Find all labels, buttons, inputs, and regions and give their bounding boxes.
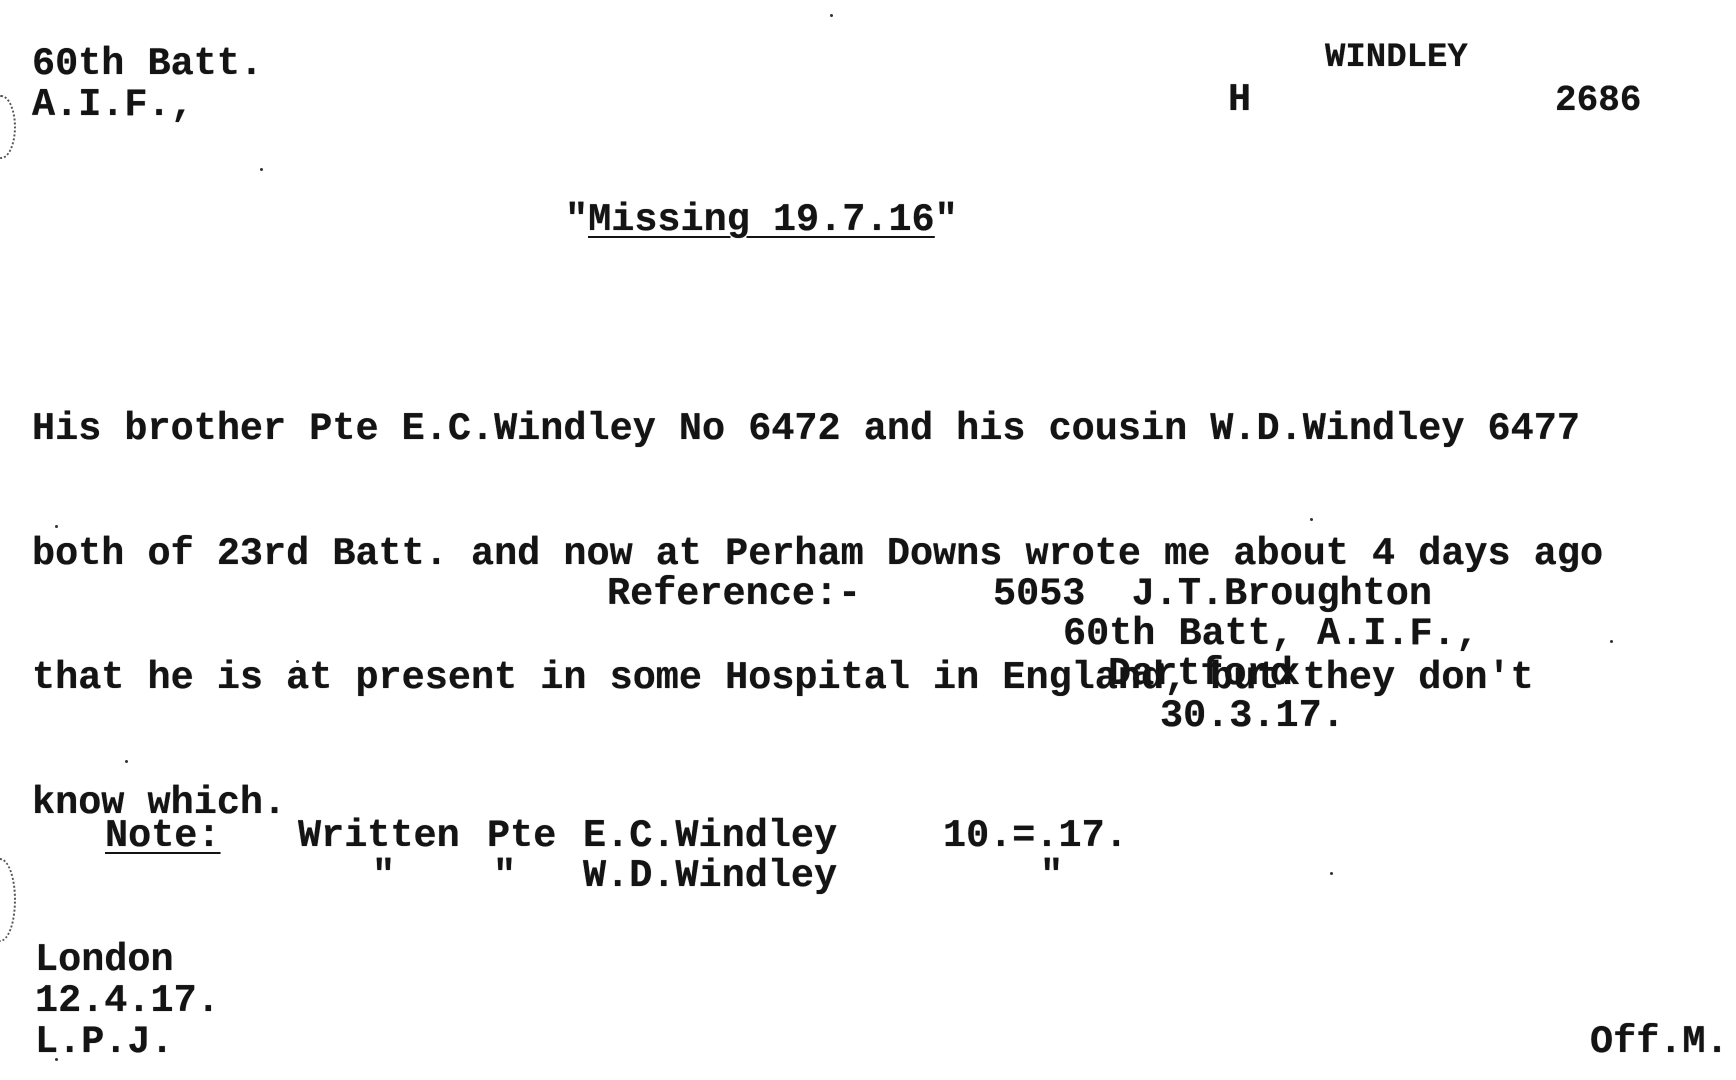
status-title-text: Missing 19.7.16 (588, 198, 935, 242)
reference-informant: 5053 J.T.Broughton (993, 574, 1432, 615)
service-number: 2686 (1555, 80, 1641, 121)
scan-speck (830, 14, 833, 17)
unit-line-1: 60th Batt. (32, 44, 263, 85)
scan-speck (125, 760, 128, 763)
note-label-text: Note: (105, 814, 221, 858)
note-row2-date: " (1040, 856, 1063, 897)
footer-office: Off.M. (1590, 1022, 1729, 1063)
scan-speck (1610, 640, 1613, 643)
body-line: both of 23rd Batt. and now at Perham Dow… (32, 534, 1603, 576)
punch-hole-mark (0, 858, 16, 942)
scan-speck (55, 525, 58, 528)
strike-mark: x (1277, 652, 1300, 696)
section-letter: H (1228, 80, 1251, 121)
surname-heading: WINDLEY (1325, 38, 1468, 79)
footer-place: London (35, 940, 174, 981)
note-row2-rank: " (493, 856, 516, 897)
note-row2-action: " (372, 856, 395, 897)
body-line: His brother Pte E.C.Windley No 6472 and … (32, 409, 1603, 451)
reference-unit: 60th Batt, A.I.F., (1063, 614, 1479, 655)
reference-date: 30.3.17. (1160, 696, 1345, 737)
scan-speck (1330, 872, 1333, 875)
reference-place-text: Dartford (1108, 652, 1293, 696)
unit-line-2: A.I.F., (32, 85, 194, 126)
note-row1-name: E.C.Windley (583, 816, 837, 857)
note-row1-date: 10.=.17. (943, 816, 1128, 857)
status-title: "Missing 19.7.16" (565, 200, 958, 241)
scan-speck (296, 660, 299, 663)
body-line: that he is at present in some Hospital i… (32, 658, 1603, 700)
note-row2-name: W.D.Windley (583, 856, 837, 897)
reference-label: Reference:- (607, 574, 861, 615)
footer-date: 12.4.17. (35, 981, 220, 1022)
note-label: Note: (105, 816, 221, 857)
scan-speck (260, 168, 263, 171)
note-row1-action: Written (298, 816, 460, 857)
scan-speck (55, 1058, 58, 1061)
reference-place: Dartfordx (1108, 654, 1300, 695)
scan-speck (1310, 518, 1313, 521)
punch-hole-mark (0, 95, 16, 159)
note-row1-rank: Pte (487, 816, 556, 857)
document-page: 60th Batt. A.I.F., WINDLEY H 2686 "Missi… (0, 0, 1736, 1080)
footer-initials: L.P.J. (35, 1022, 174, 1063)
